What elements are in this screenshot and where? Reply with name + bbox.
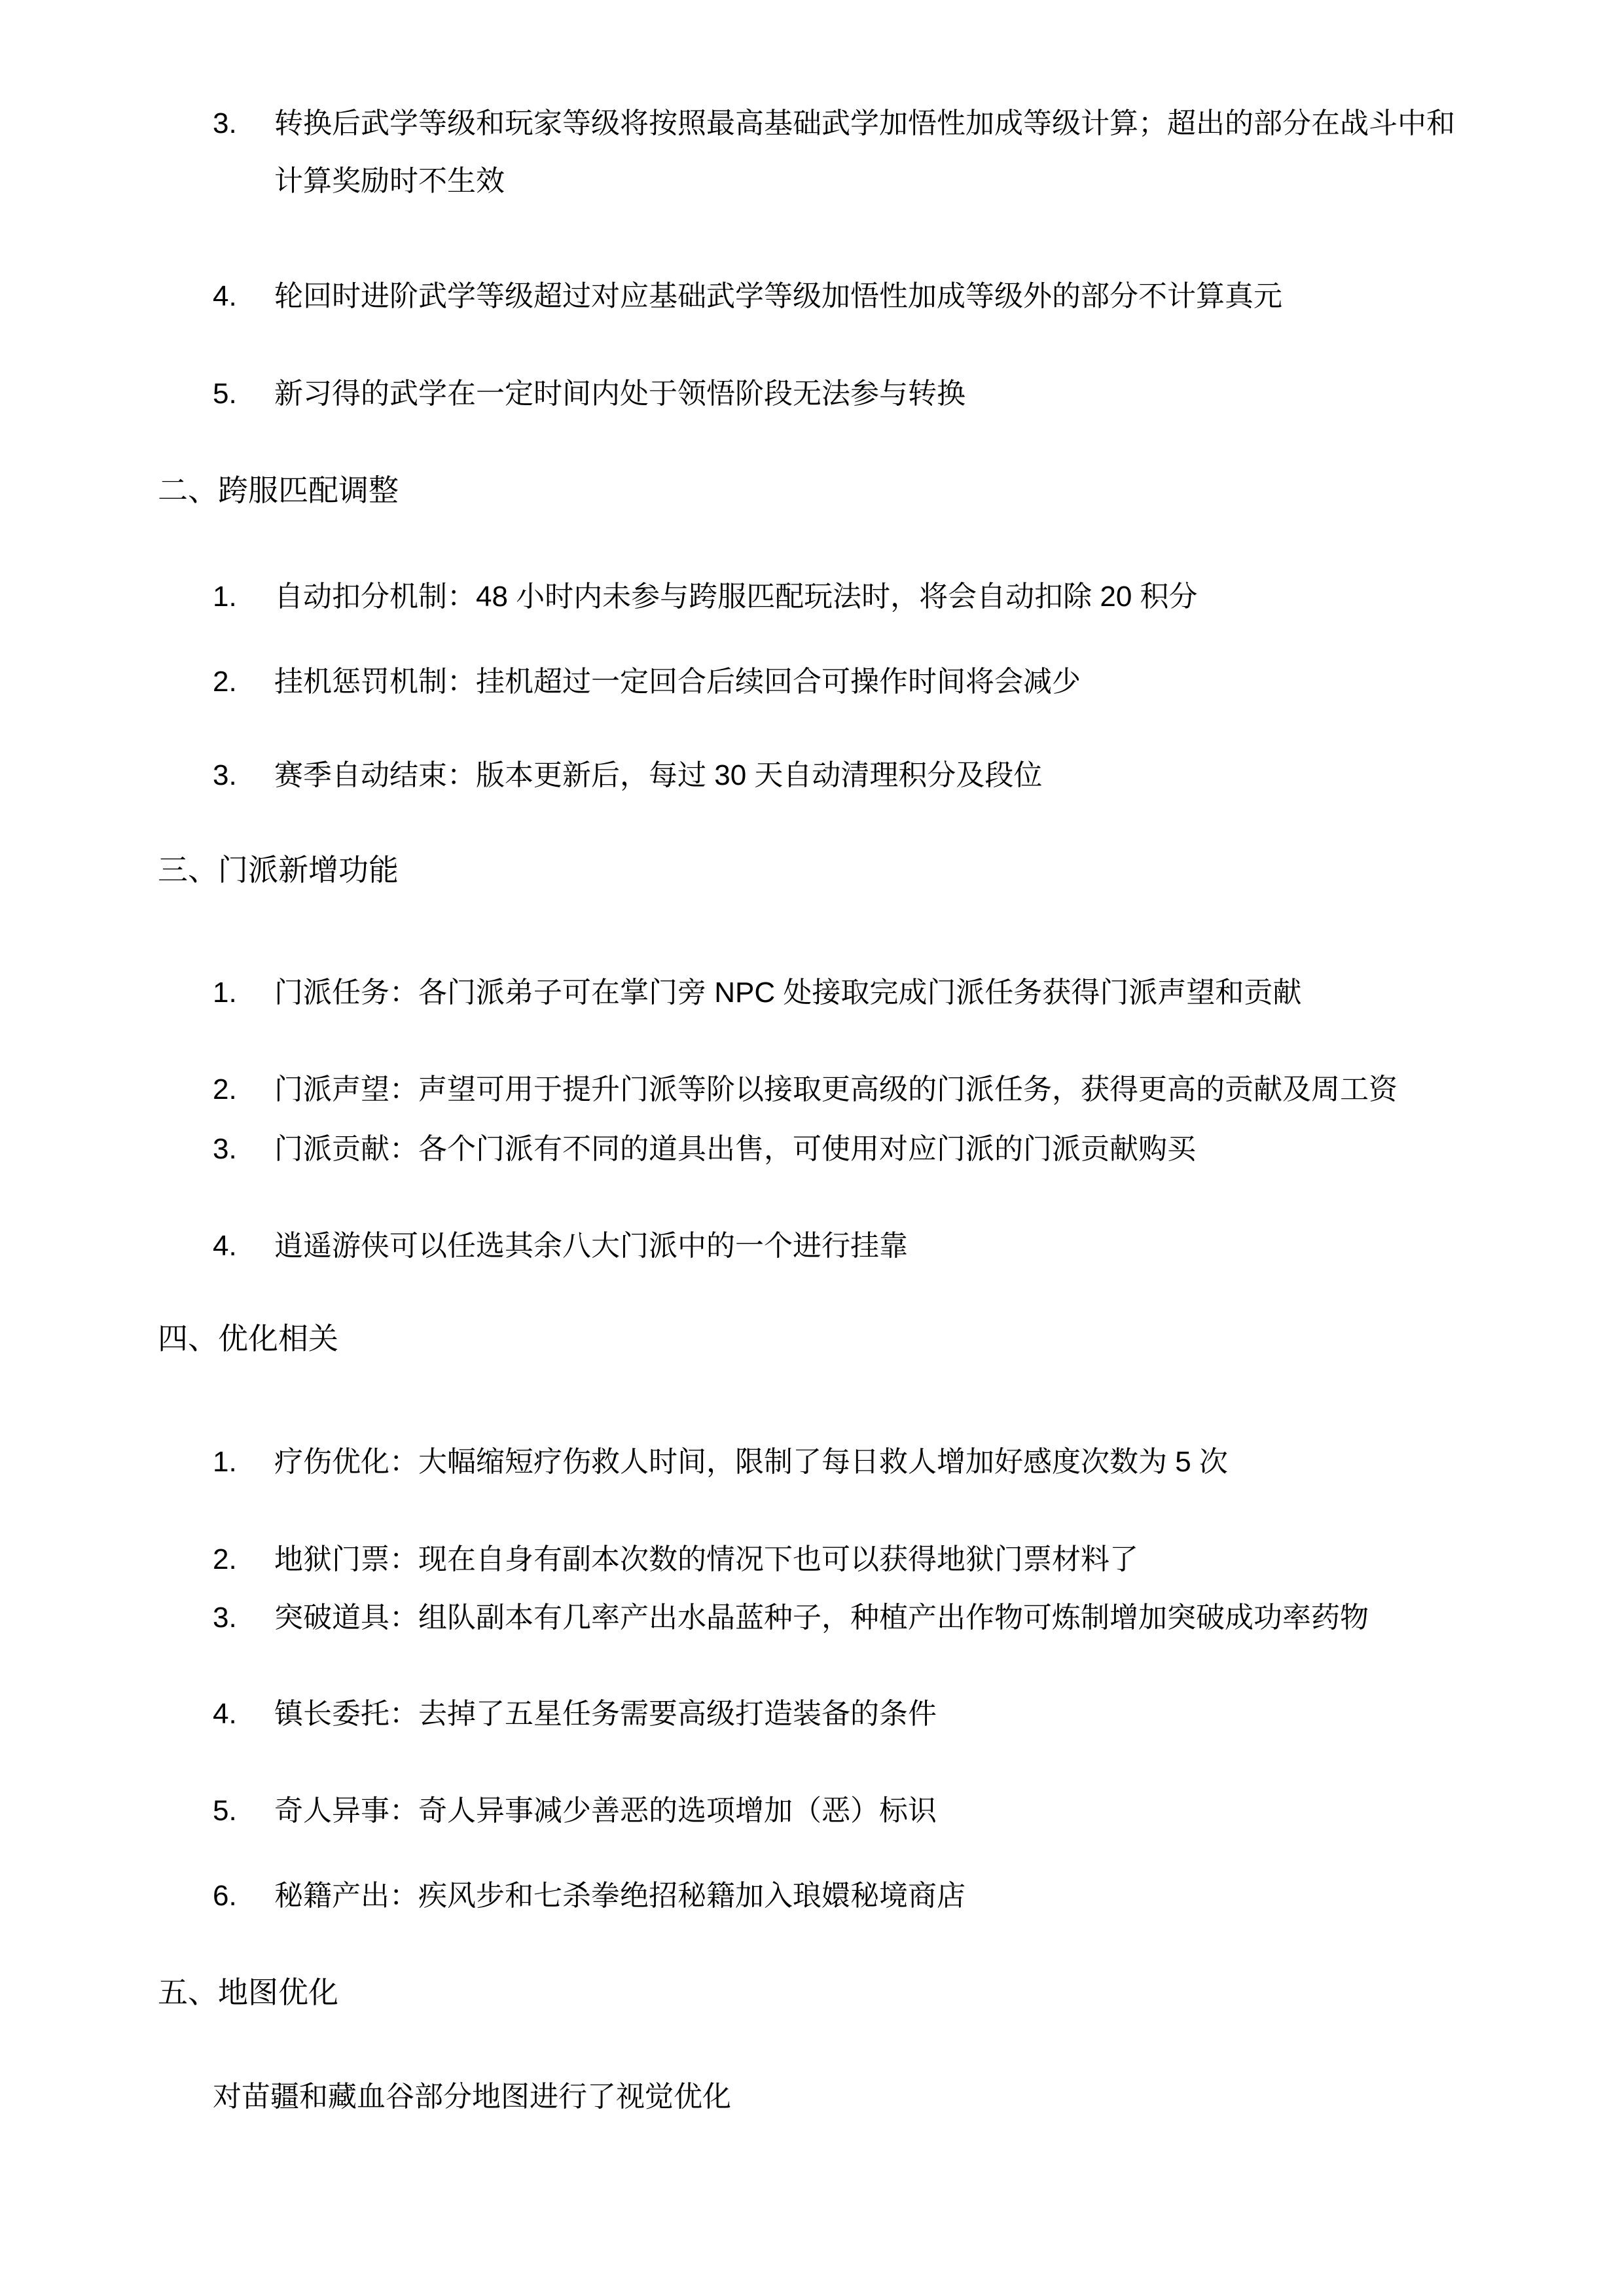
list-item: 3. 门派贡献：各个门派有不同的道具出售，可使用对应门派的门派贡献购买	[0, 1121, 1624, 1178]
list-item: 4. 镇长委托：去掉了五星任务需要高级打造装备的条件	[0, 1685, 1624, 1743]
list-item: 2. 门派声望：声望可用于提升门派等阶以接取更高级的门派任务，获得更高的贡献及周…	[0, 1061, 1624, 1119]
list-item-number: 3.	[213, 1589, 237, 1647]
list-item-number: 4.	[213, 1217, 237, 1275]
list-item-number: 1.	[213, 964, 237, 1022]
list-item-number: 3.	[213, 95, 237, 152]
list-item: 5. 奇人异事：奇人异事减少善恶的选项增加（恶）标识	[0, 1782, 1624, 1840]
list-item-number: 6.	[213, 1867, 237, 1925]
section-heading-2: 二、跨服匹配调整	[158, 461, 1470, 519]
list-item-text: 镇长委托：去掉了五星任务需要高级打造装备的条件	[274, 1685, 1470, 1743]
list-item-number: 3.	[213, 747, 237, 804]
section-heading-3: 三、门派新增功能	[158, 841, 1470, 899]
list-item: 5. 新习得的武学在一定时间内处于领悟阶段无法参与转换	[0, 365, 1624, 423]
list-item-number: 5.	[213, 365, 237, 423]
list-item: 4. 逍遥游侠可以任选其余八大门派中的一个进行挂靠	[0, 1217, 1624, 1275]
list-item-text: 挂机惩罚机制：挂机超过一定回合后续回合可操作时间将会减少	[274, 653, 1470, 711]
list-item-text: 地狱门票：现在自身有副本次数的情况下也可以获得地狱门票材料了	[274, 1531, 1470, 1588]
list-item-text: 轮回时进阶武学等级超过对应基础武学等级加悟性加成等级外的部分不计算真元	[274, 268, 1470, 325]
list-item-text: 秘籍产出：疾风步和七杀拳绝招秘籍加入琅嬛秘境商店	[274, 1867, 1470, 1925]
list-item-text: 门派贡献：各个门派有不同的道具出售，可使用对应门派的门派贡献购买	[274, 1121, 1470, 1178]
list-item: 1. 门派任务：各门派弟子可在掌门旁 NPC 处接取完成门派任务获得门派声望和贡…	[0, 964, 1624, 1022]
list-item: 3. 转换后武学等级和玩家等级将按照最高基础武学加悟性加成等级计算；超出的部分在…	[0, 95, 1624, 210]
list-item-text: 突破道具：组队副本有几率产出水晶蓝种子，种植产出作物可炼制增加突破成功率药物	[274, 1589, 1470, 1647]
list-item-text: 赛季自动结束：版本更新后，每过 30 天自动清理积分及段位	[274, 747, 1470, 804]
list-item-number: 4.	[213, 1685, 237, 1743]
list-item-number: 5.	[213, 1782, 237, 1840]
list-item-text: 门派声望：声望可用于提升门派等阶以接取更高级的门派任务，获得更高的贡献及周工资	[274, 1061, 1470, 1119]
list-item-text: 逍遥游侠可以任选其余八大门派中的一个进行挂靠	[274, 1217, 1470, 1275]
list-item-text: 疗伤优化：大幅缩短疗伤救人时间，限制了每日救人增加好感度次数为 5 次	[274, 1433, 1470, 1491]
list-item-number: 2.	[213, 653, 237, 711]
section-heading-5: 五、地图优化	[158, 1964, 1470, 2021]
section-heading-4: 四、优化相关	[158, 1310, 1470, 1367]
list-item-text: 自动扣分机制：48 小时内未参与跨服匹配玩法时，将会自动扣除 20 积分	[274, 568, 1470, 626]
list-item: 2. 挂机惩罚机制：挂机超过一定回合后续回合可操作时间将会减少	[0, 653, 1624, 711]
list-item-text: 新习得的武学在一定时间内处于领悟阶段无法参与转换	[274, 365, 1470, 423]
list-item-number: 2.	[213, 1531, 237, 1588]
list-item: 4. 轮回时进阶武学等级超过对应基础武学等级加悟性加成等级外的部分不计算真元	[0, 268, 1624, 325]
list-item: 1. 疗伤优化：大幅缩短疗伤救人时间，限制了每日救人增加好感度次数为 5 次	[0, 1433, 1624, 1491]
list-item-number: 3.	[213, 1121, 237, 1178]
list-item: 6. 秘籍产出：疾风步和七杀拳绝招秘籍加入琅嬛秘境商店	[0, 1867, 1624, 1925]
list-item-number: 2.	[213, 1061, 237, 1119]
list-item-text: 奇人异事：奇人异事减少善恶的选项增加（恶）标识	[274, 1782, 1470, 1840]
body-paragraph: 对苗疆和藏血谷部分地图进行了视觉优化	[213, 2068, 1470, 2126]
list-item-number: 1.	[213, 1433, 237, 1491]
list-item: 3. 突破道具：组队副本有几率产出水晶蓝种子，种植产出作物可炼制增加突破成功率药…	[0, 1589, 1624, 1647]
document-page: 3. 转换后武学等级和玩家等级将按照最高基础武学加悟性加成等级计算；超出的部分在…	[0, 0, 1624, 2296]
list-item-text: 门派任务：各门派弟子可在掌门旁 NPC 处接取完成门派任务获得门派声望和贡献	[274, 964, 1470, 1022]
list-item-text: 转换后武学等级和玩家等级将按照最高基础武学加悟性加成等级计算；超出的部分在战斗中…	[274, 95, 1470, 210]
list-item: 2. 地狱门票：现在自身有副本次数的情况下也可以获得地狱门票材料了	[0, 1531, 1624, 1588]
list-item: 3. 赛季自动结束：版本更新后，每过 30 天自动清理积分及段位	[0, 747, 1624, 804]
list-item-number: 4.	[213, 268, 237, 325]
list-item-number: 1.	[213, 568, 237, 626]
list-item: 1. 自动扣分机制：48 小时内未参与跨服匹配玩法时，将会自动扣除 20 积分	[0, 568, 1624, 626]
